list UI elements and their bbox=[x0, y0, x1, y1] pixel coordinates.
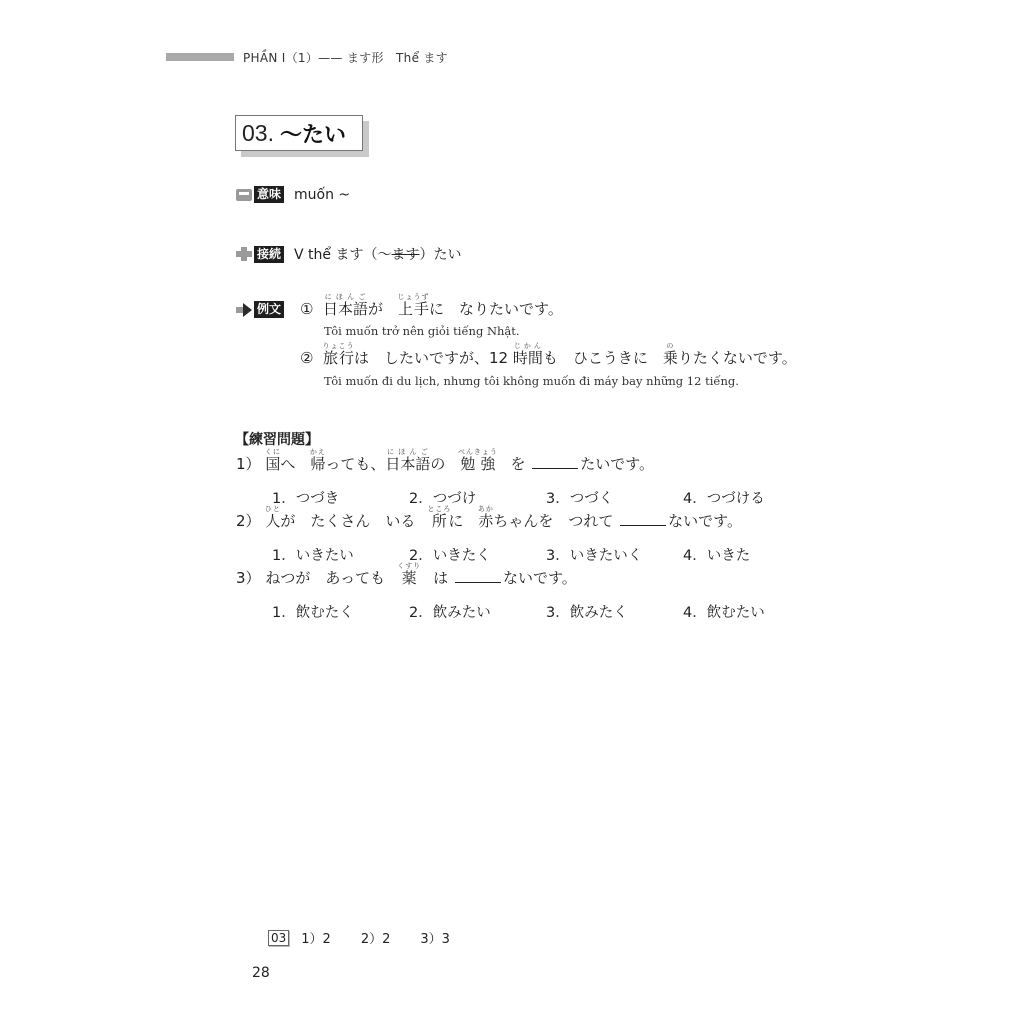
plus-icon bbox=[235, 246, 253, 262]
answer-blank bbox=[620, 513, 666, 526]
option: 4．飲むたい bbox=[683, 601, 820, 622]
connection-suffix: ）たい bbox=[419, 247, 461, 263]
ruby-word: 時間じかん bbox=[513, 349, 543, 367]
examples-row: 例文 bbox=[235, 301, 284, 318]
header-bar bbox=[166, 53, 234, 61]
page-number: 28 bbox=[252, 965, 270, 981]
question-3-options: 1．飲むたく 2．飲みたい 3．飲みたく 4．飲むたい bbox=[272, 601, 820, 622]
connection-prefix: V thể ます（〜 bbox=[294, 247, 391, 263]
ruby-word: 旅行りょこう bbox=[323, 349, 354, 367]
example-2-translation: Tôi muốn đi du lịch, nhưng tôi không muố… bbox=[324, 374, 739, 388]
title-number: 03. bbox=[242, 120, 274, 147]
example-marker: ② bbox=[300, 349, 313, 367]
question-1: 1） 国くにへ 帰かえっても、日本語にほんごの 勉強べんきょう を たいです。 bbox=[236, 448, 654, 474]
example-1: ① 日本語にほんごが 上手じょうずに なりたいです。 bbox=[300, 293, 563, 319]
running-header: PHẦN Ⅰ（1）—— ます形 Thể ます bbox=[243, 49, 448, 66]
title-box: 03. 〜たい bbox=[235, 115, 363, 151]
ruby-word: 乗の bbox=[663, 349, 678, 367]
title-pattern: 〜たい bbox=[280, 118, 346, 149]
example-2: ② 旅行りょこうは したいですが、12 時間じかんも ひこうきに 乗のりたくない… bbox=[300, 342, 797, 368]
book-icon bbox=[235, 187, 253, 203]
option: 4．いきた bbox=[683, 544, 820, 565]
answer-key: 03 1）2 2）2 3）3 bbox=[268, 928, 480, 947]
practice-title: 【練習問題】 bbox=[235, 429, 319, 449]
connection-label: 接続 bbox=[254, 246, 284, 263]
examples-label: 例文 bbox=[254, 301, 284, 318]
option: 3．飲みたく bbox=[546, 601, 683, 622]
answer-tag: 03 bbox=[268, 930, 289, 946]
connection-struck: ます bbox=[391, 247, 419, 263]
connection-row: 接続 V thể ます（〜ます）たい bbox=[235, 244, 461, 264]
connection-text: V thể ます（〜ます）たい bbox=[294, 244, 461, 264]
option: 1．飲むたく bbox=[272, 601, 409, 622]
ruby-word: 上手じょうず bbox=[398, 300, 429, 318]
answer-item: 1）2 bbox=[301, 928, 331, 947]
question-2: 2） 人ひとが たくさん いる 所ところに 赤あかちゃんを つれて ないです。 bbox=[236, 505, 742, 531]
answer-item: 2）2 bbox=[361, 928, 391, 947]
answer-blank bbox=[455, 570, 501, 583]
example-marker: ① bbox=[300, 300, 313, 318]
grammar-title: 03. 〜たい bbox=[235, 115, 363, 151]
ruby-word: 日本語にほんご bbox=[323, 300, 368, 318]
question-3: 3） ねつが あっても 薬くすり は ないです。 bbox=[236, 562, 577, 588]
answer-blank bbox=[532, 456, 578, 469]
option: 2．飲みたい bbox=[409, 601, 546, 622]
example-1-translation: Tôi muốn trở nên giỏi tiếng Nhật. bbox=[324, 324, 520, 338]
arrow-icon bbox=[235, 302, 253, 318]
meaning-text: muốn ~ bbox=[294, 187, 350, 203]
answer-item: 3）3 bbox=[420, 928, 450, 947]
meaning-label: 意味 bbox=[254, 186, 284, 203]
meaning-row: 意味 muốn ~ bbox=[235, 186, 350, 203]
